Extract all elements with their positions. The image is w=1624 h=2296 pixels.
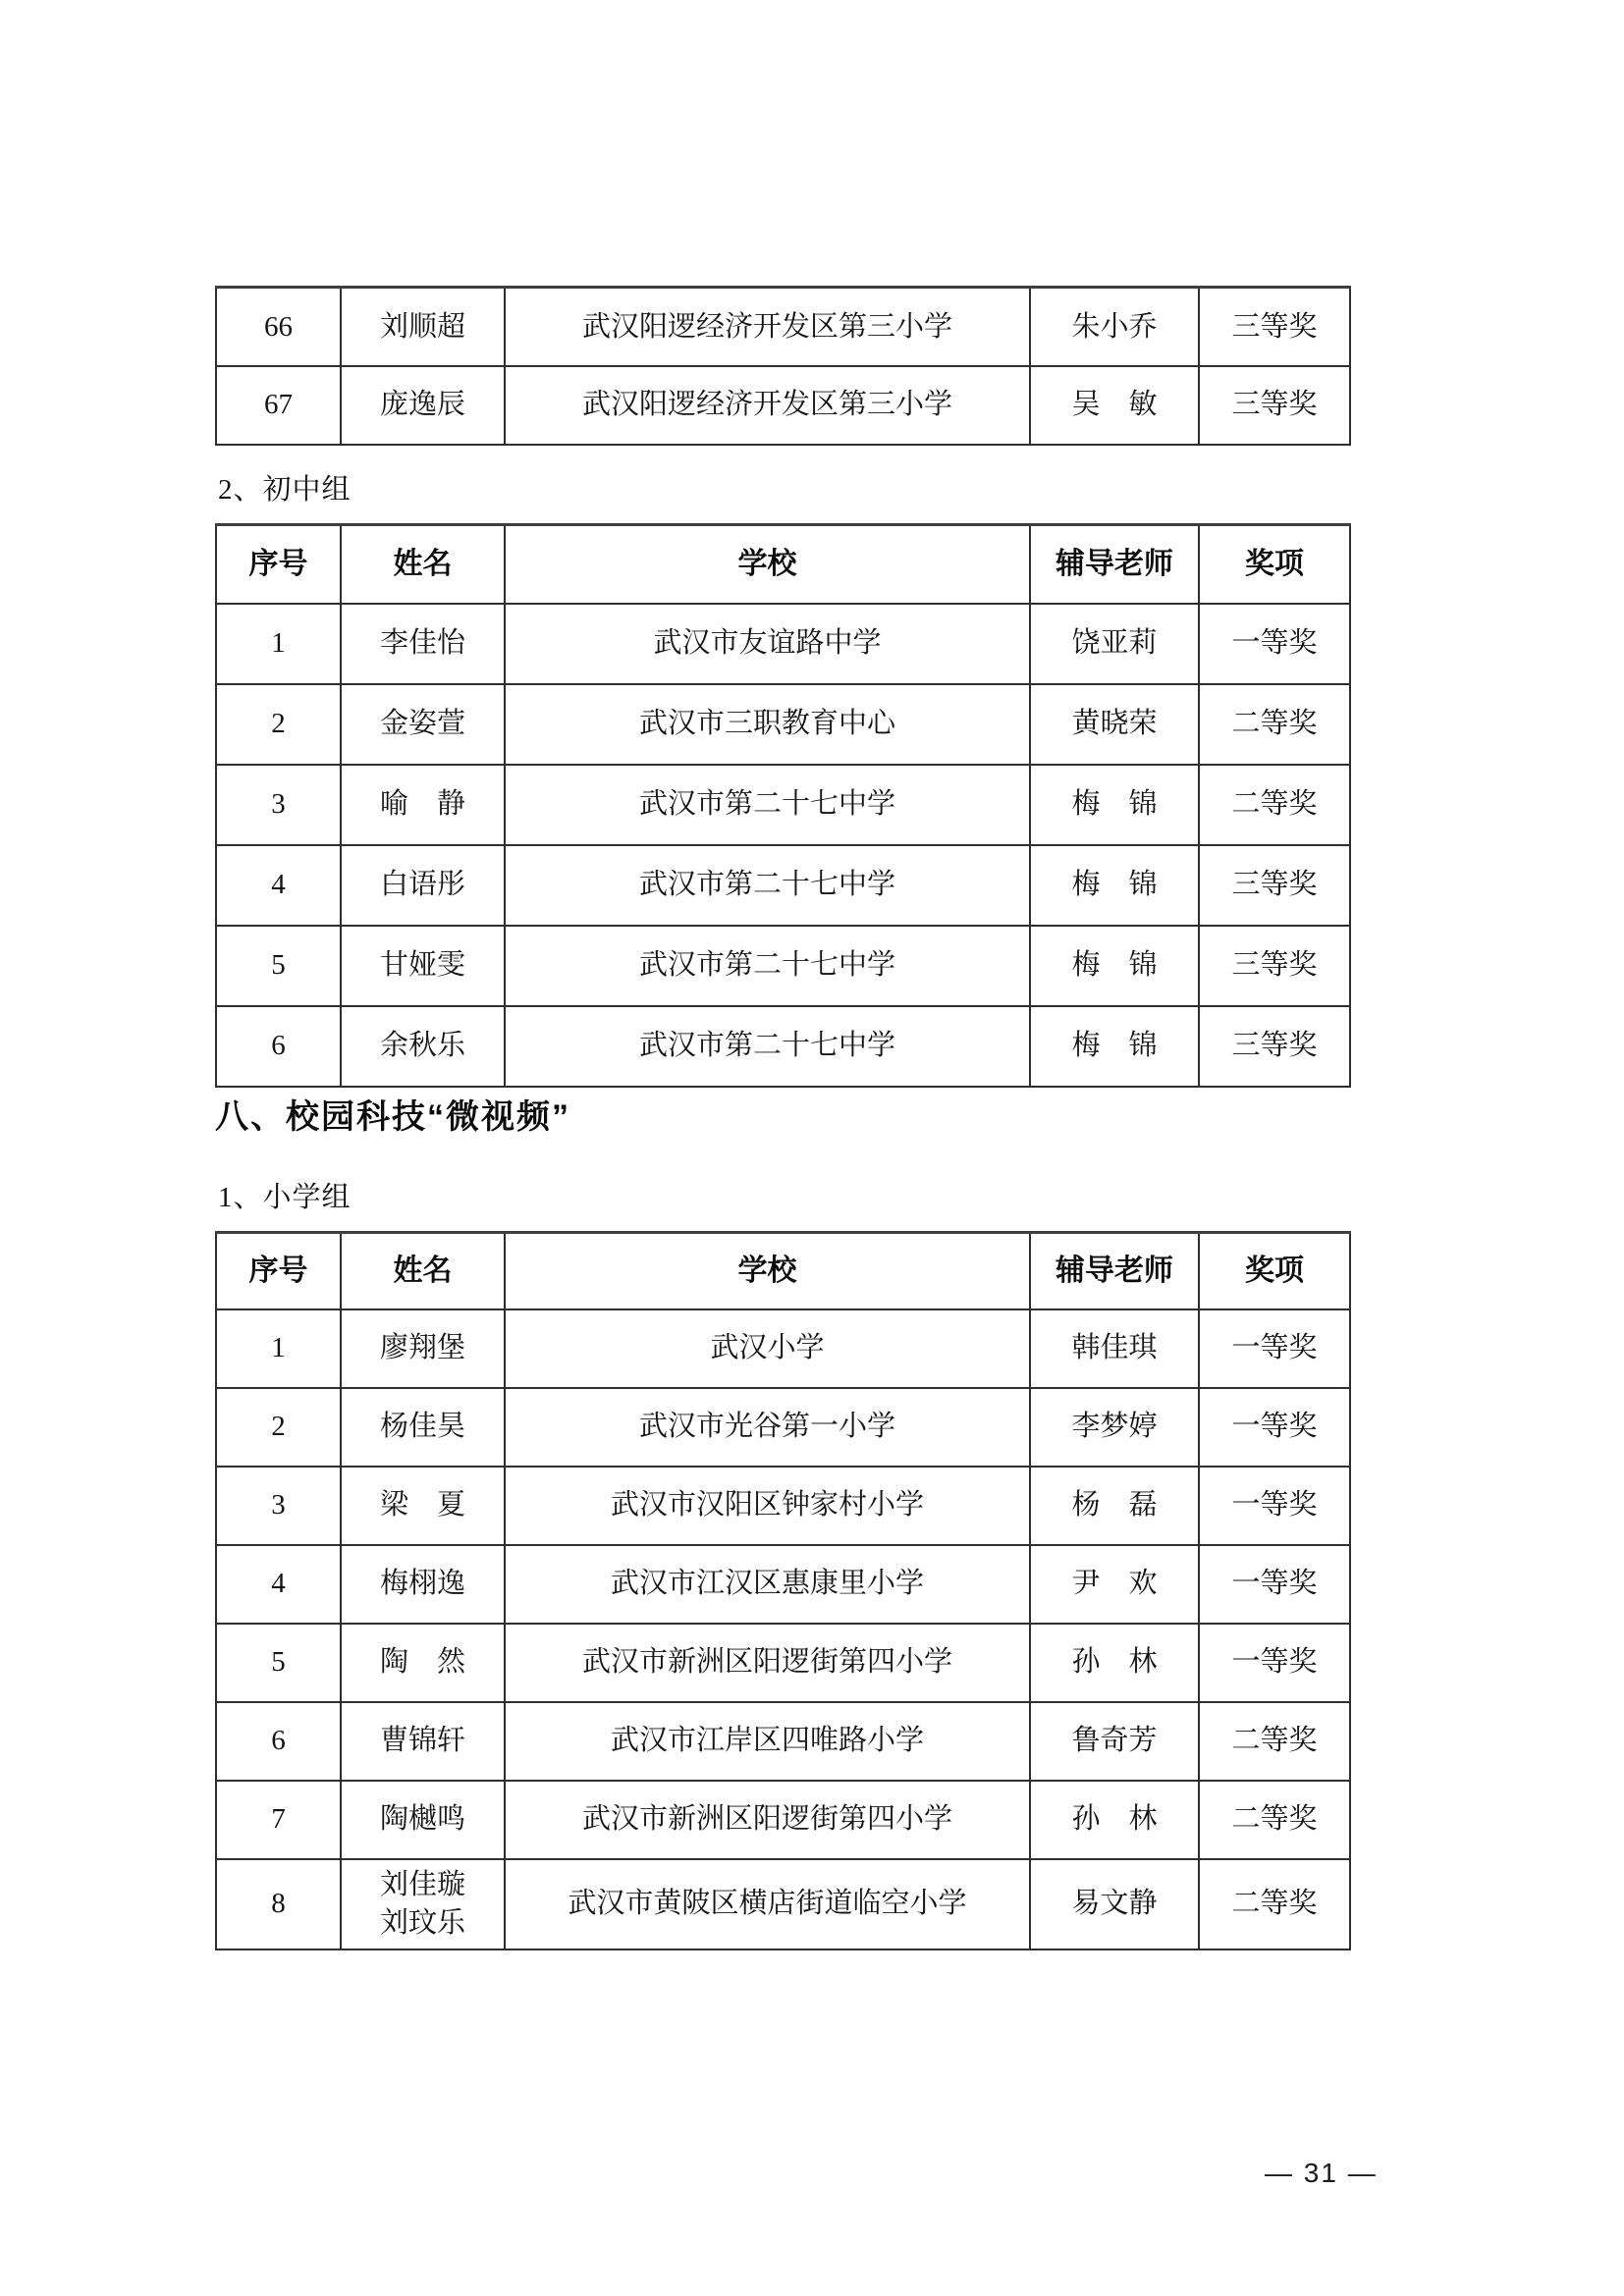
cell-name: 余秋乐 — [341, 1006, 505, 1087]
table-row: 4白语彤武汉市第二十七中学梅 锦三等奖 — [216, 845, 1350, 926]
section-label-junior-high: 2、初中组 — [218, 467, 352, 507]
column-header: 序号 — [216, 525, 341, 604]
cell-award: 一等奖 — [1199, 1467, 1350, 1545]
cell-name: 杨佳昊 — [341, 1388, 505, 1467]
cell-serial: 1 — [216, 604, 341, 684]
cell-award: 二等奖 — [1199, 1781, 1350, 1859]
cell-award: 三等奖 — [1199, 845, 1350, 926]
column-header: 奖项 — [1199, 1233, 1350, 1309]
cell-serial: 4 — [216, 845, 341, 926]
column-header: 辅导老师 — [1030, 525, 1199, 604]
page-number: — 31 — — [1265, 2158, 1378, 2189]
cell-school: 武汉市江岸区四唯路小学 — [505, 1702, 1030, 1781]
cell-school: 武汉阳逻经济开发区第三小学 — [505, 288, 1030, 366]
cell-school: 武汉市第二十七中学 — [505, 765, 1030, 845]
award-table-junior-high: 序号姓名学校辅导老师奖项1李佳怡武汉市友谊路中学饶亚莉一等奖2金姿萱武汉市三职教… — [215, 523, 1351, 1088]
cell-award: 一等奖 — [1199, 1388, 1350, 1467]
table-row: 1廖翔堡武汉小学韩佳琪一等奖 — [216, 1309, 1350, 1388]
cell-serial: 5 — [216, 1624, 341, 1702]
cell-name: 喻 静 — [341, 765, 505, 845]
cell-school: 武汉市第二十七中学 — [505, 1006, 1030, 1087]
cell-school: 武汉市友谊路中学 — [505, 604, 1030, 684]
cell-teacher: 易文静 — [1030, 1859, 1199, 1949]
cell-school: 武汉市新洲区阳逻街第四小学 — [505, 1781, 1030, 1859]
cell-teacher: 梅 锦 — [1030, 845, 1199, 926]
cell-award: 三等奖 — [1199, 288, 1350, 366]
cell-serial: 3 — [216, 1467, 341, 1545]
cell-serial: 4 — [216, 1545, 341, 1624]
cell-serial: 66 — [216, 288, 341, 366]
cell-school: 武汉市黄陂区横店街道临空小学 — [505, 1859, 1030, 1949]
column-header: 序号 — [216, 1233, 341, 1309]
cell-name: 庞逸辰 — [341, 366, 505, 445]
table-row: 66刘顺超武汉阳逻经济开发区第三小学朱小乔三等奖 — [216, 288, 1350, 366]
table-header-row: 序号姓名学校辅导老师奖项 — [216, 1233, 1350, 1309]
cell-name: 廖翔堡 — [341, 1309, 505, 1388]
cell-award: 二等奖 — [1199, 684, 1350, 765]
cell-teacher: 尹 欢 — [1030, 1545, 1199, 1624]
cell-teacher: 韩佳琪 — [1030, 1309, 1199, 1388]
table-row: 8刘佳璇 刘玟乐武汉市黄陂区横店街道临空小学易文静二等奖 — [216, 1859, 1350, 1949]
cell-award: 三等奖 — [1199, 366, 1350, 445]
cell-name: 刘顺超 — [341, 288, 505, 366]
column-header: 学校 — [505, 1233, 1030, 1309]
table-row: 4梅栩逸武汉市江汉区惠康里小学尹 欢一等奖 — [216, 1545, 1350, 1624]
table-row: 3喻 静武汉市第二十七中学梅 锦二等奖 — [216, 765, 1350, 845]
cell-school: 武汉市汉阳区钟家村小学 — [505, 1467, 1030, 1545]
cell-serial: 1 — [216, 1309, 341, 1388]
award-table-primary-school: 序号姓名学校辅导老师奖项1廖翔堡武汉小学韩佳琪一等奖2杨佳昊武汉市光谷第一小学李… — [215, 1231, 1351, 1950]
column-header: 辅导老师 — [1030, 1233, 1199, 1309]
cell-name: 甘娅雯 — [341, 926, 505, 1006]
cell-teacher: 饶亚莉 — [1030, 604, 1199, 684]
cell-serial: 8 — [216, 1859, 341, 1949]
cell-teacher: 黄晓荣 — [1030, 684, 1199, 765]
section-heading-micro-video: 八、校园科技“微视频” — [215, 1090, 570, 1138]
cell-award: 二等奖 — [1199, 765, 1350, 845]
cell-school: 武汉市三职教育中心 — [505, 684, 1030, 765]
column-header: 奖项 — [1199, 525, 1350, 604]
cell-teacher: 杨 磊 — [1030, 1467, 1199, 1545]
cell-name: 金姿萱 — [341, 684, 505, 765]
award-table-continuation: 66刘顺超武汉阳逻经济开发区第三小学朱小乔三等奖67庞逸辰武汉阳逻经济开发区第三… — [215, 286, 1351, 446]
cell-name: 梅栩逸 — [341, 1545, 505, 1624]
cell-school: 武汉小学 — [505, 1309, 1030, 1388]
cell-award: 一等奖 — [1199, 1309, 1350, 1388]
cell-school: 武汉阳逻经济开发区第三小学 — [505, 366, 1030, 445]
cell-award: 一等奖 — [1199, 1624, 1350, 1702]
table-row: 6曹锦轩武汉市江岸区四唯路小学鲁奇芳二等奖 — [216, 1702, 1350, 1781]
table-header-row: 序号姓名学校辅导老师奖项 — [216, 525, 1350, 604]
cell-teacher: 孙 林 — [1030, 1781, 1199, 1859]
cell-school: 武汉市第二十七中学 — [505, 926, 1030, 1006]
table-row: 3梁 夏武汉市汉阳区钟家村小学杨 磊一等奖 — [216, 1467, 1350, 1545]
cell-teacher: 鲁奇芳 — [1030, 1702, 1199, 1781]
column-header: 学校 — [505, 525, 1030, 604]
table-row: 2金姿萱武汉市三职教育中心黄晓荣二等奖 — [216, 684, 1350, 765]
cell-serial: 6 — [216, 1006, 341, 1087]
cell-name: 刘佳璇 刘玟乐 — [341, 1859, 505, 1949]
table-row: 7陶樾鸣武汉市新洲区阳逻街第四小学孙 林二等奖 — [216, 1781, 1350, 1859]
cell-award: 一等奖 — [1199, 1545, 1350, 1624]
cell-award: 二等奖 — [1199, 1859, 1350, 1949]
cell-name: 曹锦轩 — [341, 1702, 505, 1781]
cell-school: 武汉市新洲区阳逻街第四小学 — [505, 1624, 1030, 1702]
cell-serial: 3 — [216, 765, 341, 845]
table-row: 5陶 然武汉市新洲区阳逻街第四小学孙 林一等奖 — [216, 1624, 1350, 1702]
column-header: 姓名 — [341, 525, 505, 604]
cell-award: 三等奖 — [1199, 1006, 1350, 1087]
table-row: 67庞逸辰武汉阳逻经济开发区第三小学吴 敏三等奖 — [216, 366, 1350, 445]
cell-serial: 5 — [216, 926, 341, 1006]
cell-teacher: 吴 敏 — [1030, 366, 1199, 445]
cell-teacher: 李梦婷 — [1030, 1388, 1199, 1467]
table-row: 6余秋乐武汉市第二十七中学梅 锦三等奖 — [216, 1006, 1350, 1087]
cell-serial: 2 — [216, 1388, 341, 1467]
cell-award: 三等奖 — [1199, 926, 1350, 1006]
cell-school: 武汉市江汉区惠康里小学 — [505, 1545, 1030, 1624]
cell-teacher: 梅 锦 — [1030, 765, 1199, 845]
cell-teacher: 孙 林 — [1030, 1624, 1199, 1702]
cell-serial: 2 — [216, 684, 341, 765]
cell-serial: 67 — [216, 366, 341, 445]
cell-school: 武汉市光谷第一小学 — [505, 1388, 1030, 1467]
cell-name: 陶 然 — [341, 1624, 505, 1702]
column-header: 姓名 — [341, 1233, 505, 1309]
cell-name: 白语彤 — [341, 845, 505, 926]
cell-teacher: 朱小乔 — [1030, 288, 1199, 366]
document-page: 66刘顺超武汉阳逻经济开发区第三小学朱小乔三等奖67庞逸辰武汉阳逻经济开发区第三… — [0, 0, 1624, 2296]
cell-serial: 6 — [216, 1702, 341, 1781]
cell-award: 一等奖 — [1199, 604, 1350, 684]
cell-name: 李佳怡 — [341, 604, 505, 684]
section-label-primary-school: 1、小学组 — [218, 1175, 352, 1215]
cell-award: 二等奖 — [1199, 1702, 1350, 1781]
table-row: 2杨佳昊武汉市光谷第一小学李梦婷一等奖 — [216, 1388, 1350, 1467]
cell-name: 梁 夏 — [341, 1467, 505, 1545]
cell-name: 陶樾鸣 — [341, 1781, 505, 1859]
table-row: 1李佳怡武汉市友谊路中学饶亚莉一等奖 — [216, 604, 1350, 684]
cell-serial: 7 — [216, 1781, 341, 1859]
cell-teacher: 梅 锦 — [1030, 926, 1199, 1006]
cell-teacher: 梅 锦 — [1030, 1006, 1199, 1087]
cell-school: 武汉市第二十七中学 — [505, 845, 1030, 926]
table-row: 5甘娅雯武汉市第二十七中学梅 锦三等奖 — [216, 926, 1350, 1006]
